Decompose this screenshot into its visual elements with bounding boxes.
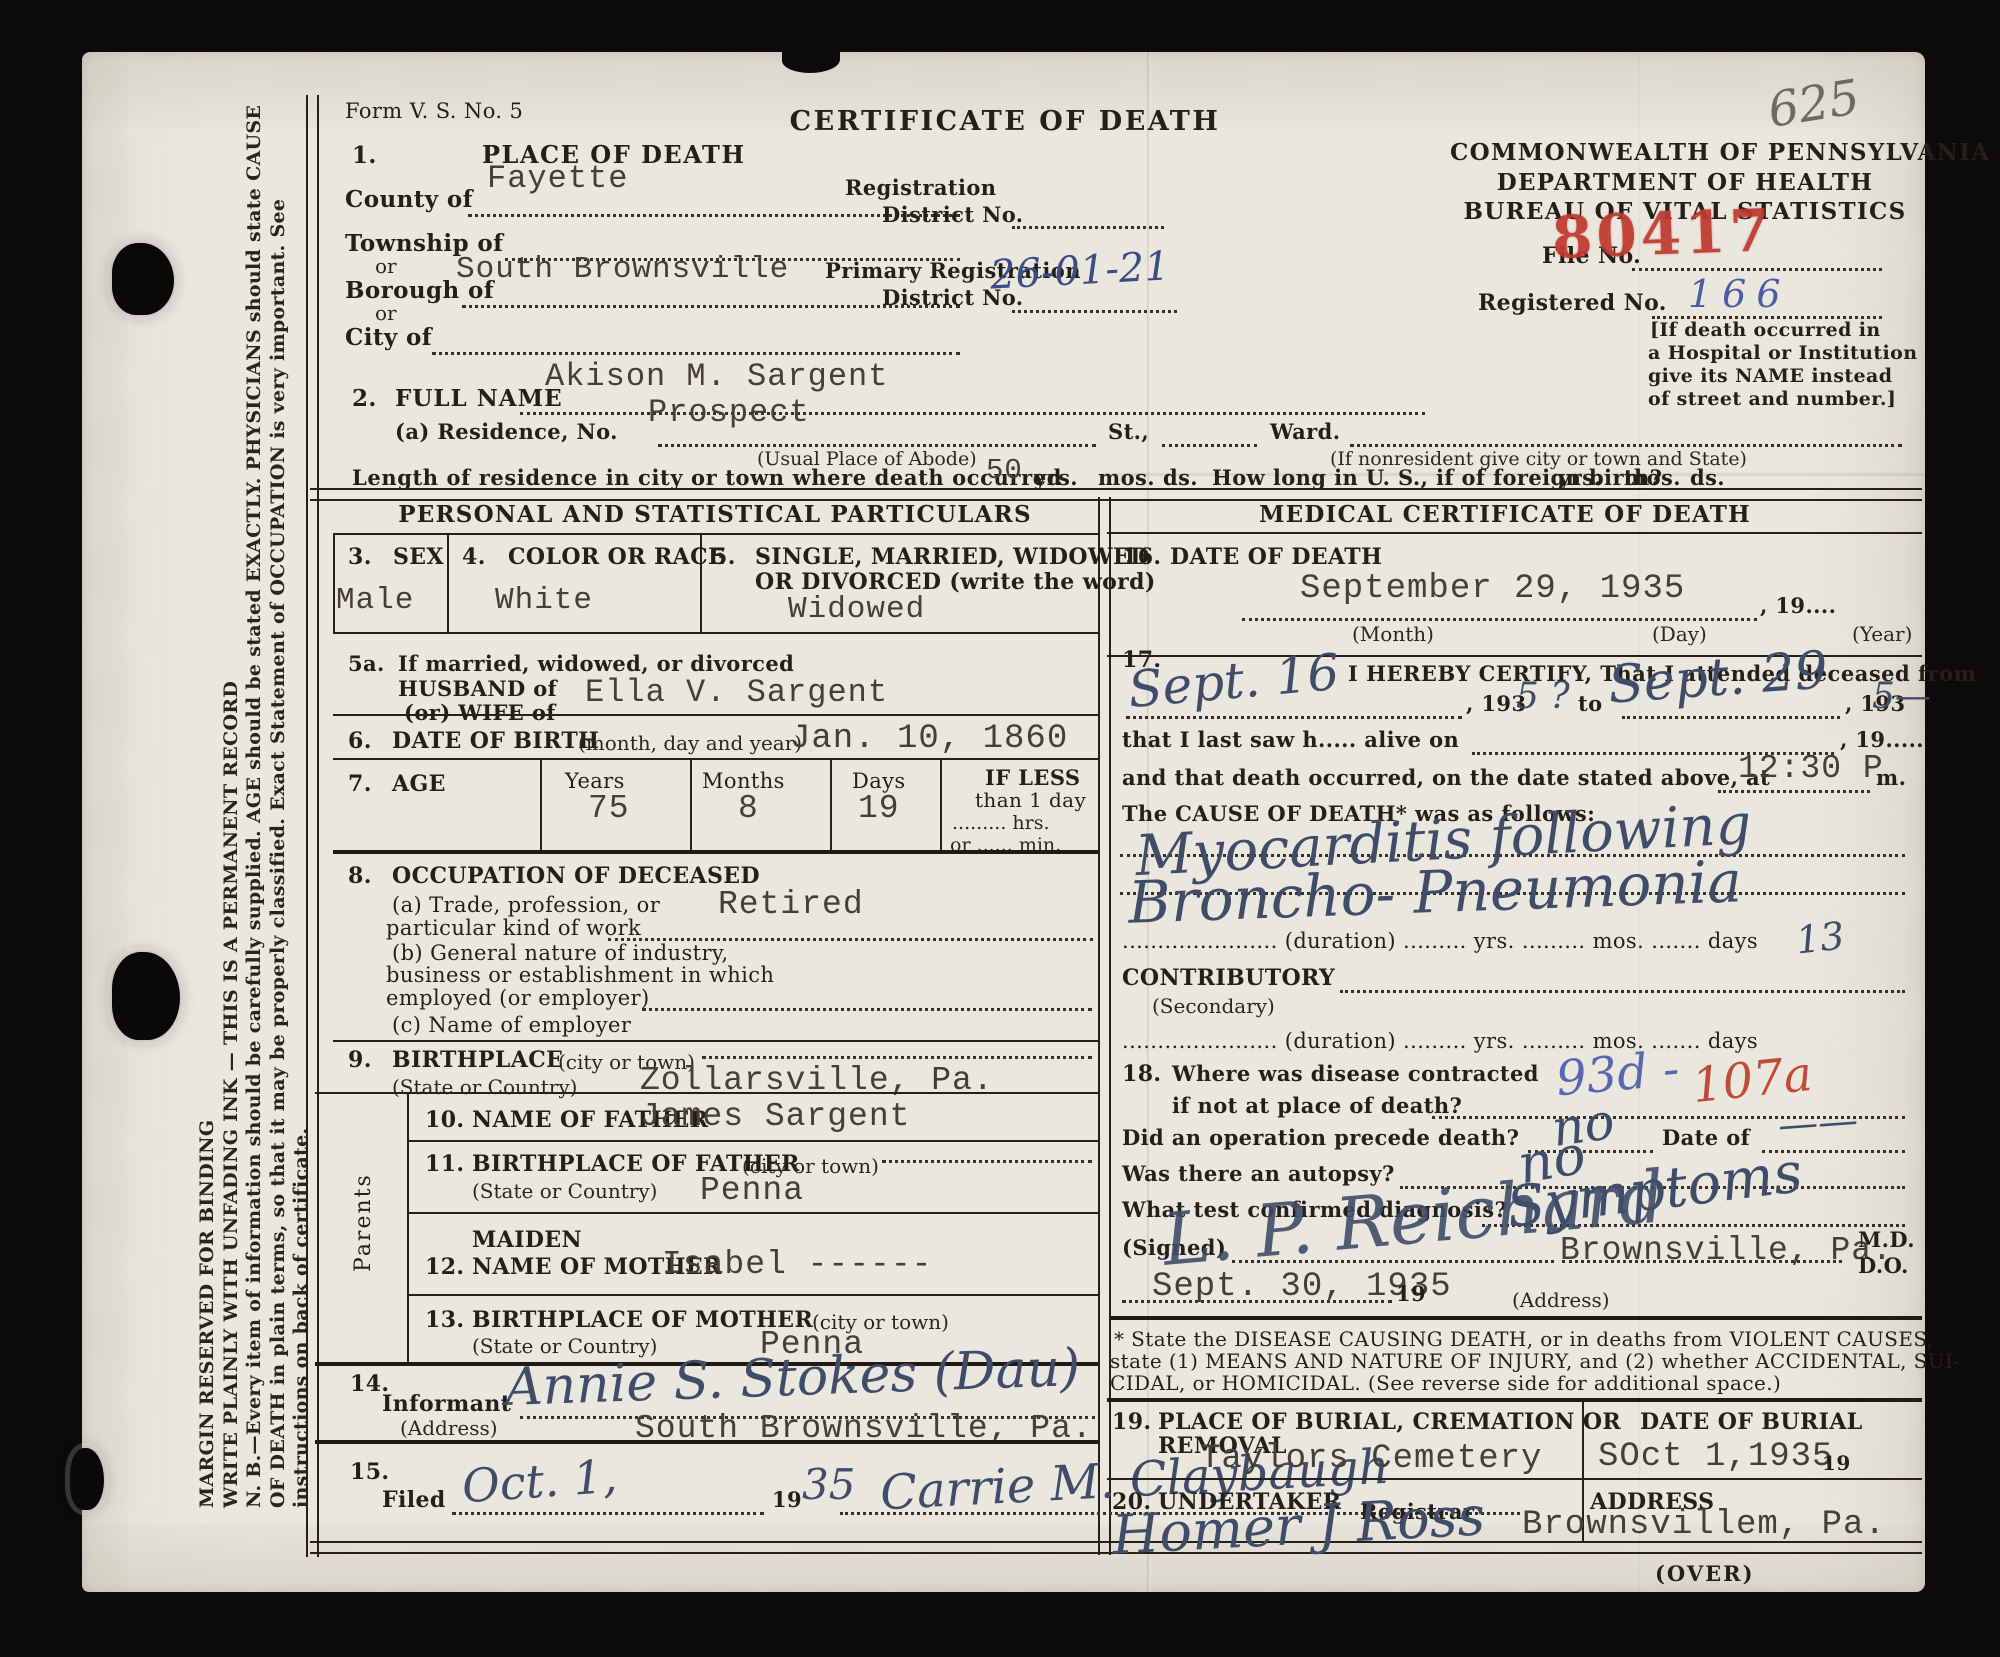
marital-status-label-1: SINGLE, MARRIED, WIDOWED <box>755 545 1150 569</box>
secondary-paren: (Secondary) <box>1152 994 1275 1018</box>
burial-place-label-1: PLACE OF BURIAL, CREMATION OR <box>1158 1410 1621 1434</box>
date-of-burial-label: DATE OF BURIAL <box>1640 1410 1863 1434</box>
item-15-number: 15. <box>350 1460 389 1484</box>
item-12-number: 12. <box>425 1255 464 1279</box>
registration-label-1: Registration <box>845 176 996 199</box>
age-days-value: 19 <box>858 790 900 827</box>
footnote-line-3: CIDAL, or HOMICIDAL. (See reverse side f… <box>1110 1372 1781 1394</box>
rule <box>447 533 449 632</box>
occupation-b-label-2: business or establishment in which <box>386 964 774 987</box>
if-less-label-2: than 1 day <box>975 789 1086 811</box>
file-number-stamp: 80417 <box>1551 196 1775 272</box>
rule <box>540 758 542 850</box>
department-line: DEPARTMENT OF HEALTH <box>1450 170 1920 195</box>
dotted-line <box>1012 226 1164 229</box>
rule <box>407 1092 409 1362</box>
rule <box>830 758 832 850</box>
county-value: Fayette <box>487 160 628 197</box>
rule <box>407 1212 1098 1214</box>
rule <box>333 714 1098 716</box>
if-married-label: If married, widowed, or divorced <box>398 652 794 675</box>
ds-label: ds. <box>1690 466 1725 489</box>
rule <box>1107 1398 1922 1402</box>
occupation-a-label-1: (a) Trade, profession, or <box>392 894 660 917</box>
if-less-label-1: IF LESS <box>985 766 1081 789</box>
hospital-note-line: of street and number.] <box>1648 389 1896 410</box>
color-or-race-label: COLOR OR RACE <box>508 545 725 569</box>
personal-section-heading: PERSONAL AND STATISTICAL PARTICULARS <box>330 502 1100 527</box>
county-label: County of <box>345 187 473 212</box>
dotted-line <box>642 1008 1092 1011</box>
medical-section-heading: MEDICAL CERTIFICATE OF DEATH <box>1110 502 1900 527</box>
rule <box>333 632 1098 634</box>
md-label: M.D. <box>1858 1228 1915 1251</box>
binding-margin-note: MARGIN RESERVED FOR BINDING WRITE PLAINL… <box>196 103 314 1508</box>
dotted-line <box>452 1512 764 1515</box>
hospital-note-line: give its NAME instead <box>1648 366 1892 387</box>
filed-date-handwritten: Oct. 1, <box>460 1449 618 1514</box>
father-birthplace-value: Penna <box>700 1172 804 1209</box>
item-3-number: 3. <box>348 545 372 569</box>
residence-label: (a) Residence, No. <box>395 420 618 443</box>
rule <box>1110 1316 1922 1320</box>
margin-line: WRITE PLAINLY WITH UNFADING INK — THIS I… <box>220 103 244 1508</box>
dotted-line <box>1340 990 1905 993</box>
rule <box>407 1140 1098 1142</box>
rule <box>940 758 942 850</box>
punch-hole <box>112 243 174 315</box>
duration-days-handwritten: 13 <box>1794 914 1847 963</box>
rule <box>690 758 692 850</box>
dotted-line <box>1126 716 1462 719</box>
registered-no-label: Registered No. <box>1478 291 1667 315</box>
occupation-a-label-2: particular kind of work <box>386 917 641 940</box>
filed-year-handwritten: 35 <box>802 1460 855 1509</box>
day-paren: (Day) <box>1652 622 1707 646</box>
borough-value: South Brownsville <box>456 252 789 287</box>
age-months-value: 8 <box>738 790 759 827</box>
parents-group-label: Parents <box>352 1173 376 1272</box>
maiden-label: MAIDEN <box>472 1228 582 1252</box>
item-1-number: 1. <box>352 143 377 168</box>
margin-line: MARGIN RESERVED FOR BINDING <box>196 103 220 1508</box>
dotted-line <box>1622 716 1840 719</box>
informant-label: Informant <box>382 1392 511 1416</box>
rule <box>315 1440 1098 1444</box>
last-saw-label: that I last saw h..... alive on <box>1122 728 1459 751</box>
disease-contracted-label-1: Where was disease contracted <box>1172 1062 1539 1085</box>
or-label: or <box>375 254 397 278</box>
rule <box>407 1294 1098 1296</box>
address-paren: (Address) <box>1512 1288 1610 1312</box>
item-8-number: 8. <box>348 864 372 888</box>
do-label: D.O. <box>1858 1254 1909 1277</box>
occupation-c-label: (c) Name of employer <box>392 1014 631 1037</box>
occupation-label: OCCUPATION OF DECEASED <box>392 864 760 888</box>
footnote-line-1: * State the DISEASE CAUSING DEATH, or in… <box>1114 1328 1934 1350</box>
certificate-title: CERTIFICATE OF DEATH <box>770 107 1240 137</box>
item-9-number: 9. <box>348 1048 372 1072</box>
yrs-label: yrs. <box>1558 466 1602 489</box>
rule <box>1107 1478 1922 1480</box>
margin-line: N. B.—Every item of information should b… <box>243 103 267 1508</box>
dotted-line <box>882 1160 1092 1163</box>
rule <box>315 1092 1098 1094</box>
date-of-death-year-printed: , 19.... <box>1760 594 1836 617</box>
commonwealth-line: COMMONWEALTH OF PENNSYLVANIA <box>1450 140 1920 165</box>
residence-value: Prospect <box>648 394 810 431</box>
date-of-burial-value: SOct 1,1935 <box>1598 1438 1833 1476</box>
hospital-note-line: [If death occurred in <box>1650 320 1881 341</box>
yrs-label: yrs. <box>1034 466 1078 489</box>
city-label: City of <box>345 325 432 350</box>
age-label: AGE <box>392 772 446 796</box>
last-saw-year-printed: , 19..... <box>1840 728 1924 751</box>
operation-label: Did an operation precede death? <box>1122 1126 1519 1149</box>
street-label: St., <box>1108 420 1149 443</box>
contributory-label: CONTRIBUTORY <box>1122 966 1335 990</box>
birthplace-label: BIRTHPLACE <box>392 1048 563 1072</box>
to-label: to <box>1578 692 1603 715</box>
dotted-line <box>658 444 1096 447</box>
rule <box>1107 532 1922 534</box>
scanned-death-certificate: MARGIN RESERVED FOR BINDING WRITE PLAINL… <box>0 0 2000 1657</box>
age-years-value: 75 <box>588 790 630 827</box>
form-left-border <box>306 95 319 1557</box>
item-16-number: 16. <box>1122 545 1161 569</box>
date-of-birth-paren: (month, day and year) <box>578 731 802 755</box>
dotted-line <box>1562 1260 1842 1263</box>
dotted-line <box>432 352 960 355</box>
parents-label-text: Parents <box>351 1173 376 1272</box>
ds-label: ds. <box>1163 466 1198 489</box>
date-of-birth-label: DATE OF BIRTH <box>392 729 599 753</box>
item-19-number: 19. <box>1112 1410 1151 1434</box>
ward-label: Ward. <box>1270 420 1340 443</box>
father-name-value: James Sargent <box>640 1098 910 1135</box>
hrs-dots-label: ......... hrs. <box>952 812 1050 834</box>
primary-registration-district-value: 26-01-21 <box>989 243 1171 298</box>
length-of-residence-value: 50 <box>986 454 1023 487</box>
occupation-value: Retired <box>718 886 864 923</box>
husband-of-label: HUSBAND of <box>398 677 557 700</box>
filed-label: Filed <box>382 1488 446 1512</box>
form-number: Form V. S. No. 5 <box>345 100 523 123</box>
full-name-label: FULL NAME <box>395 386 563 411</box>
item-5a-number: 5a. <box>348 652 385 675</box>
date-of-death-label: DATE OF DEATH <box>1170 545 1382 569</box>
color-or-race-value: White <box>495 583 593 618</box>
filed-printed-19: 19 <box>772 1488 802 1511</box>
rule <box>333 1040 1098 1042</box>
father-birthplace-paren-2: (State or Country) <box>472 1179 657 1203</box>
month-paren: (Month) <box>1352 622 1434 646</box>
undertaker-address-value: Brownsvillem, Pa. <box>1522 1506 1886 1544</box>
dotted-line <box>1632 268 1882 271</box>
dotted-line <box>1162 444 1257 447</box>
date-of-death-value: September 29, 1935 <box>1300 570 1685 608</box>
signed-printed-19: 19 <box>1396 1282 1426 1305</box>
dotted-line <box>702 1056 1092 1059</box>
full-name-value: Akison M. Sargent <box>545 358 888 395</box>
marital-status-label-2: OR DIVORCED (write the word) <box>755 570 1156 594</box>
item-6-number: 6. <box>348 729 372 753</box>
disease-contracted-label-2: if not at place of death? <box>1172 1094 1462 1117</box>
duration-line-printed: ...................... (duration) ......… <box>1122 930 1758 953</box>
mos-label: mos. <box>1098 466 1155 489</box>
length-of-residence-label: Length of residence in city or town wher… <box>352 466 1062 489</box>
margin-line: OF DEATH in plain terms, so that it may … <box>267 103 291 1508</box>
item-4-number: 4. <box>462 545 486 569</box>
occupation-b-label-3: employed (or employer) <box>386 987 650 1010</box>
item-7-number: 7. <box>348 772 372 796</box>
time-of-death-value: 12:30 P <box>1738 750 1884 787</box>
mother-name-value: Isabel ------ <box>662 1246 932 1283</box>
or-label: or <box>375 301 397 325</box>
over-label: (OVER) <box>1655 1562 1755 1585</box>
marital-status-value: Widowed <box>788 592 925 627</box>
burial-printed-19: 19 <box>1822 1452 1851 1474</box>
dotted-line <box>1350 444 1902 447</box>
registered-no-value: 166 <box>1688 272 1791 316</box>
death-occurred-label: and that death occurred, on the date sta… <box>1122 766 1770 789</box>
occupation-b-label-1: (b) General nature of industry, <box>392 942 728 965</box>
item-5-number: 5. <box>712 545 736 569</box>
date-of-birth-value: Jan. 10, 1860 <box>790 720 1068 758</box>
dotted-line <box>1242 618 1757 621</box>
item-11-number: 11. <box>425 1152 464 1176</box>
burial-place-value: Taylors Cemetery <box>1200 1440 1542 1478</box>
informant-address-label: (Address) <box>400 1416 498 1440</box>
from-year-handwritten: 5 ? <box>1516 676 1570 717</box>
dotted-line <box>1012 310 1177 313</box>
physician-address-value: Brownsville, Pa. <box>1560 1232 1893 1269</box>
wife-of-label: (or) WIFE of <box>404 701 556 724</box>
punch-hole <box>112 952 180 1040</box>
rule <box>333 758 1098 760</box>
rule <box>333 850 1098 854</box>
birthplace-paren-2: (State or Country) <box>392 1075 577 1099</box>
sex-value: Male <box>336 583 414 618</box>
item-2-number: 2. <box>352 386 377 411</box>
punch-hole <box>70 1448 104 1510</box>
mos-label: mos. <box>1624 466 1681 489</box>
year-paren: (Year) <box>1852 622 1912 646</box>
footnote-line-2: state (1) MEANS AND NATURE OF INJURY, an… <box>1110 1350 1960 1372</box>
sex-label: SEX <box>393 545 444 569</box>
registration-label-2: District No. <box>882 203 1024 226</box>
spouse-name-value: Ella V. Sargent <box>585 674 888 711</box>
date-of-label: Date of <box>1662 1126 1750 1149</box>
item-10-number: 10. <box>425 1108 464 1132</box>
item-18-number: 18. <box>1122 1062 1161 1086</box>
to-year-handwritten: 5— <box>1872 676 1931 717</box>
item-13-number: 13. <box>425 1308 464 1332</box>
m-label: m. <box>1876 766 1906 789</box>
hospital-note-line: a Hospital or Institution <box>1648 343 1917 364</box>
